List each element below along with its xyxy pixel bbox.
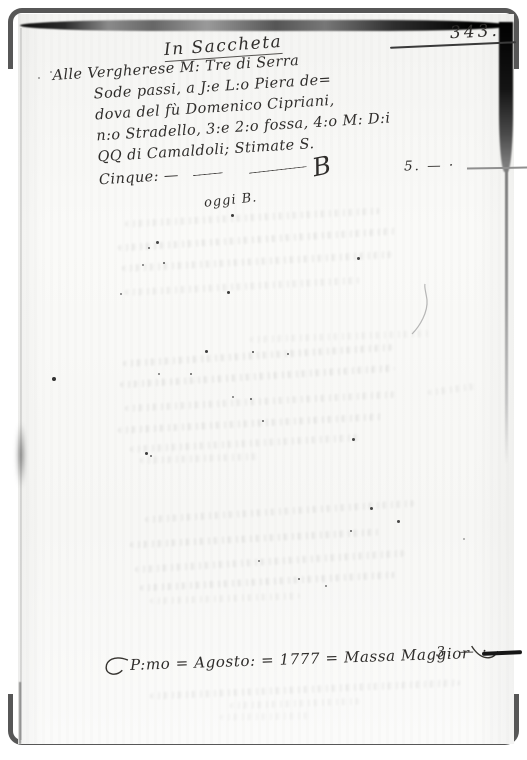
bleedthrough-line [130,434,360,453]
bleedthrough-line [123,344,393,367]
closing-amount-dash [482,650,522,656]
bleedthrough-line [118,227,398,251]
ink-speck [38,77,40,79]
ink-speck [231,214,234,217]
scanned-document: 343. In Saccheta Alle Vergherese M: Tre … [0,0,527,760]
bleedthrough-line [130,528,380,548]
entry-text-block: Alle Vergherese M: Tre di Serra Sode pas… [52,46,394,195]
bleedthrough-line [220,712,310,721]
ink-speck [298,578,300,580]
closing-amount: 3. — · [436,644,489,661]
ink-speck [352,438,355,441]
bleedthrough-line [125,391,395,412]
bleedthrough-line [230,698,360,710]
ink-speck [156,241,159,244]
bleedthrough-line [125,277,360,296]
ink-speck [150,455,152,457]
bleedthrough-line [140,571,395,591]
ink-speck [357,257,360,260]
ink-speck [120,293,122,295]
ink-speck [52,377,56,381]
ink-speck [227,291,230,294]
ink-speck [158,373,160,375]
ink-dash [193,172,223,176]
folio-number: 343. [450,21,501,44]
bleedthrough-line [140,453,260,464]
ink-speck [190,373,192,375]
ink-speck [287,353,289,355]
closing-date-line: P:mo = Agosto: = 1777 = Massa Maggior [130,644,470,674]
ink-speck [258,560,260,562]
page-top-edge-shadow [20,20,512,31]
entry-line: Cinque: — [98,165,179,191]
manuscript-page: 343. In Saccheta Alle Vergherese M: Tre … [18,14,514,744]
flourish-icon [104,650,131,681]
bleedthrough-line [150,679,460,700]
ink-speck [252,351,254,353]
ink-speck [142,264,144,266]
ink-speck [145,452,148,455]
left-edge-smudge [16,422,26,488]
page-right-edge-line [505,164,508,464]
page-left-edge-dark-segment [19,682,21,744]
ink-speck [350,530,352,532]
bleedthrough-line [150,592,300,604]
ink-speck [205,350,208,353]
ink-speck [50,71,52,73]
paraph-flourish: B [311,155,333,178]
ink-speck [148,247,150,249]
margin-amount: 5. — · [404,158,456,175]
page-right-edge-shadow [499,22,513,172]
bleedthrough-line [428,383,477,397]
bleedthrough-line [118,413,383,434]
bleedthrough-line [120,365,395,389]
margin-amount-dash [467,166,527,169]
ink-speck [325,585,327,587]
ink-speck [163,262,165,264]
day-note: oggi B. [203,190,258,211]
ink-speck [232,396,234,398]
ink-speck [370,507,373,510]
bleedthrough-line [135,550,405,573]
ink-dash [249,166,307,174]
ink-speck [262,420,264,422]
page-left-edge-line [20,28,22,740]
ink-speck [397,520,400,523]
bleedthrough-line [145,500,415,523]
ink-speck [250,398,252,400]
bleedthrough-line [250,330,430,343]
ink-speck [463,538,465,540]
bleedthrough-line [125,207,380,227]
